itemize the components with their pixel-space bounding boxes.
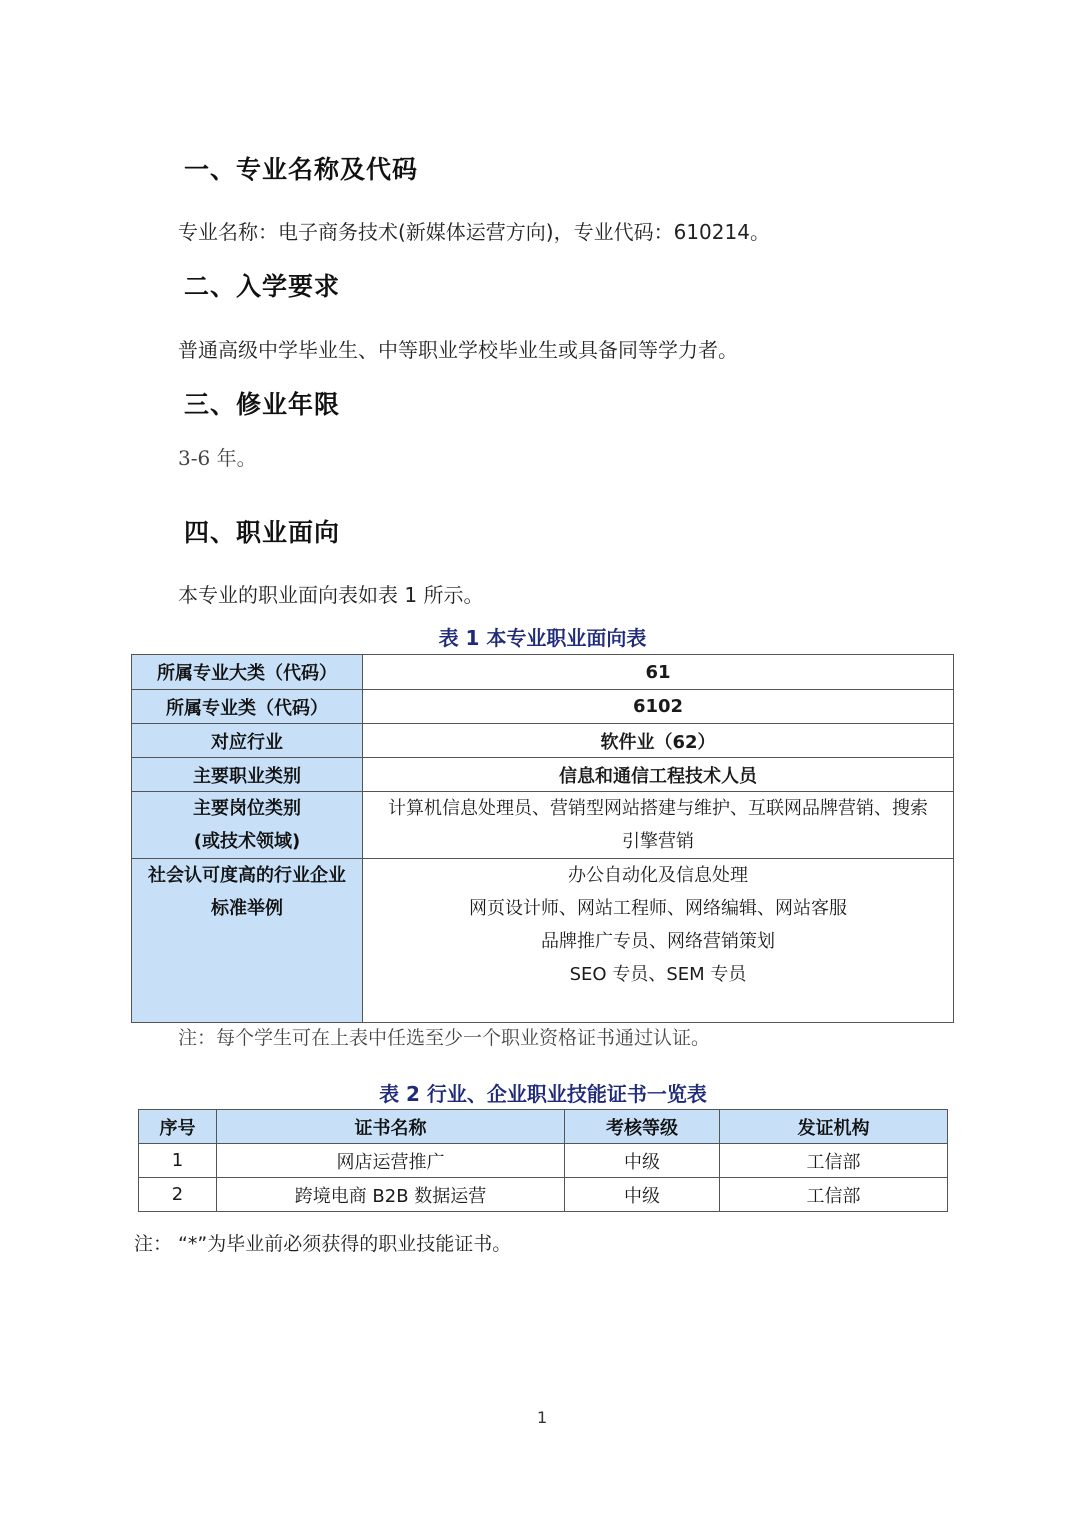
table1-caption: 表 1 本专业职业面向表 [131,622,954,651]
cell: 工信部 [720,1178,948,1212]
table-row: 社会认可度高的行业企业 标准举例 办公自动化及信息处理 网页设计师、网站工程师、… [132,859,954,1023]
certificate-table: 序号 证书名称 考核等级 发证机构 1 网店运营推广 中级 工信部 2 跨境电商… [138,1109,948,1212]
table-row: 主要职业类别 信息和通信工程技术人员 [132,758,954,792]
table2-caption: 表 2 行业、企业职业技能证书一览表 [138,1078,948,1107]
value-line: 计算机信息处理员、营销型网站搭建与维护、互联网品牌营销、搜索 [363,792,953,825]
row-label: 所属专业大类（代码） [132,655,363,690]
value-line: SEO 专员、SEM 专员 [363,958,953,991]
value-line: 品牌推广专员、网络营销策划 [363,925,953,958]
row-label: 对应行业 [132,724,363,758]
label-line: (或技术领域) [132,825,362,858]
row-label: 所属专业类（代码） [132,690,363,724]
cell: 2 [139,1178,217,1212]
row-label: 社会认可度高的行业企业 标准举例 [132,859,363,1023]
value-line: 网页设计师、网站工程师、网络编辑、网站客服 [363,892,953,925]
career-orientation-table: 所属专业大类（代码） 61 所属专业类（代码） 6102 对应行业 软件业（62… [131,654,954,1023]
section-3-body: 3-6 年。 [178,442,257,471]
col-header: 考核等级 [565,1110,720,1144]
table-row: 主要岗位类别 (或技术领域) 计算机信息处理员、营销型网站搭建与维护、互联网品牌… [132,792,954,859]
table2-note: 注： “*”为毕业前必须获得的职业技能证书。 [134,1229,511,1256]
section-2-body: 普通高级中学毕业生、中等职业学校毕业生或具备同等学力者。 [178,334,738,363]
label-line: 标准举例 [132,892,362,925]
table-row: 所属专业大类（代码） 61 [132,655,954,690]
section-1-body: 专业名称：电子商务技术(新媒体运营方向)，专业代码：610214。 [178,216,770,245]
section-4-heading: 四、职业面向 [184,513,340,549]
row-value: 信息和通信工程技术人员 [363,758,954,792]
cell: 工信部 [720,1144,948,1178]
table-header-row: 序号 证书名称 考核等级 发证机构 [139,1110,948,1144]
section-1-heading: 一、专业名称及代码 [184,150,418,186]
row-value: 软件业（62） [363,724,954,758]
cell: 1 [139,1144,217,1178]
cell: 中级 [565,1178,720,1212]
col-header: 证书名称 [217,1110,565,1144]
cell: 中级 [565,1144,720,1178]
table-row: 2 跨境电商 B2B 数据运营 中级 工信部 [139,1178,948,1212]
value-line: 引擎营销 [363,825,953,858]
col-header: 发证机构 [720,1110,948,1144]
table-row: 所属专业类（代码） 6102 [132,690,954,724]
table1-note: 注：每个学生可在上表中任选至少一个职业资格证书通过认证。 [178,1023,710,1050]
table-row: 对应行业 软件业（62） [132,724,954,758]
row-value: 61 [363,655,954,690]
value-line: 办公自动化及信息处理 [363,859,953,892]
table-row: 1 网店运营推广 中级 工信部 [139,1144,948,1178]
section-2-heading: 二、入学要求 [184,267,340,303]
label-line: 社会认可度高的行业企业 [132,859,362,892]
section-3-heading: 三、修业年限 [184,385,340,421]
row-label: 主要岗位类别 (或技术领域) [132,792,363,859]
row-value: 6102 [363,690,954,724]
label-line: 主要岗位类别 [132,792,362,825]
row-label: 主要职业类别 [132,758,363,792]
cell: 网店运营推广 [217,1144,565,1178]
page-number: 1 [537,1408,547,1427]
cell: 跨境电商 B2B 数据运营 [217,1178,565,1212]
col-header: 序号 [139,1110,217,1144]
row-value: 计算机信息处理员、营销型网站搭建与维护、互联网品牌营销、搜索 引擎营销 [363,792,954,859]
row-value: 办公自动化及信息处理 网页设计师、网站工程师、网络编辑、网站客服 品牌推广专员、… [363,859,954,1023]
section-4-body: 本专业的职业面向表如表 1 所示。 [178,579,483,608]
